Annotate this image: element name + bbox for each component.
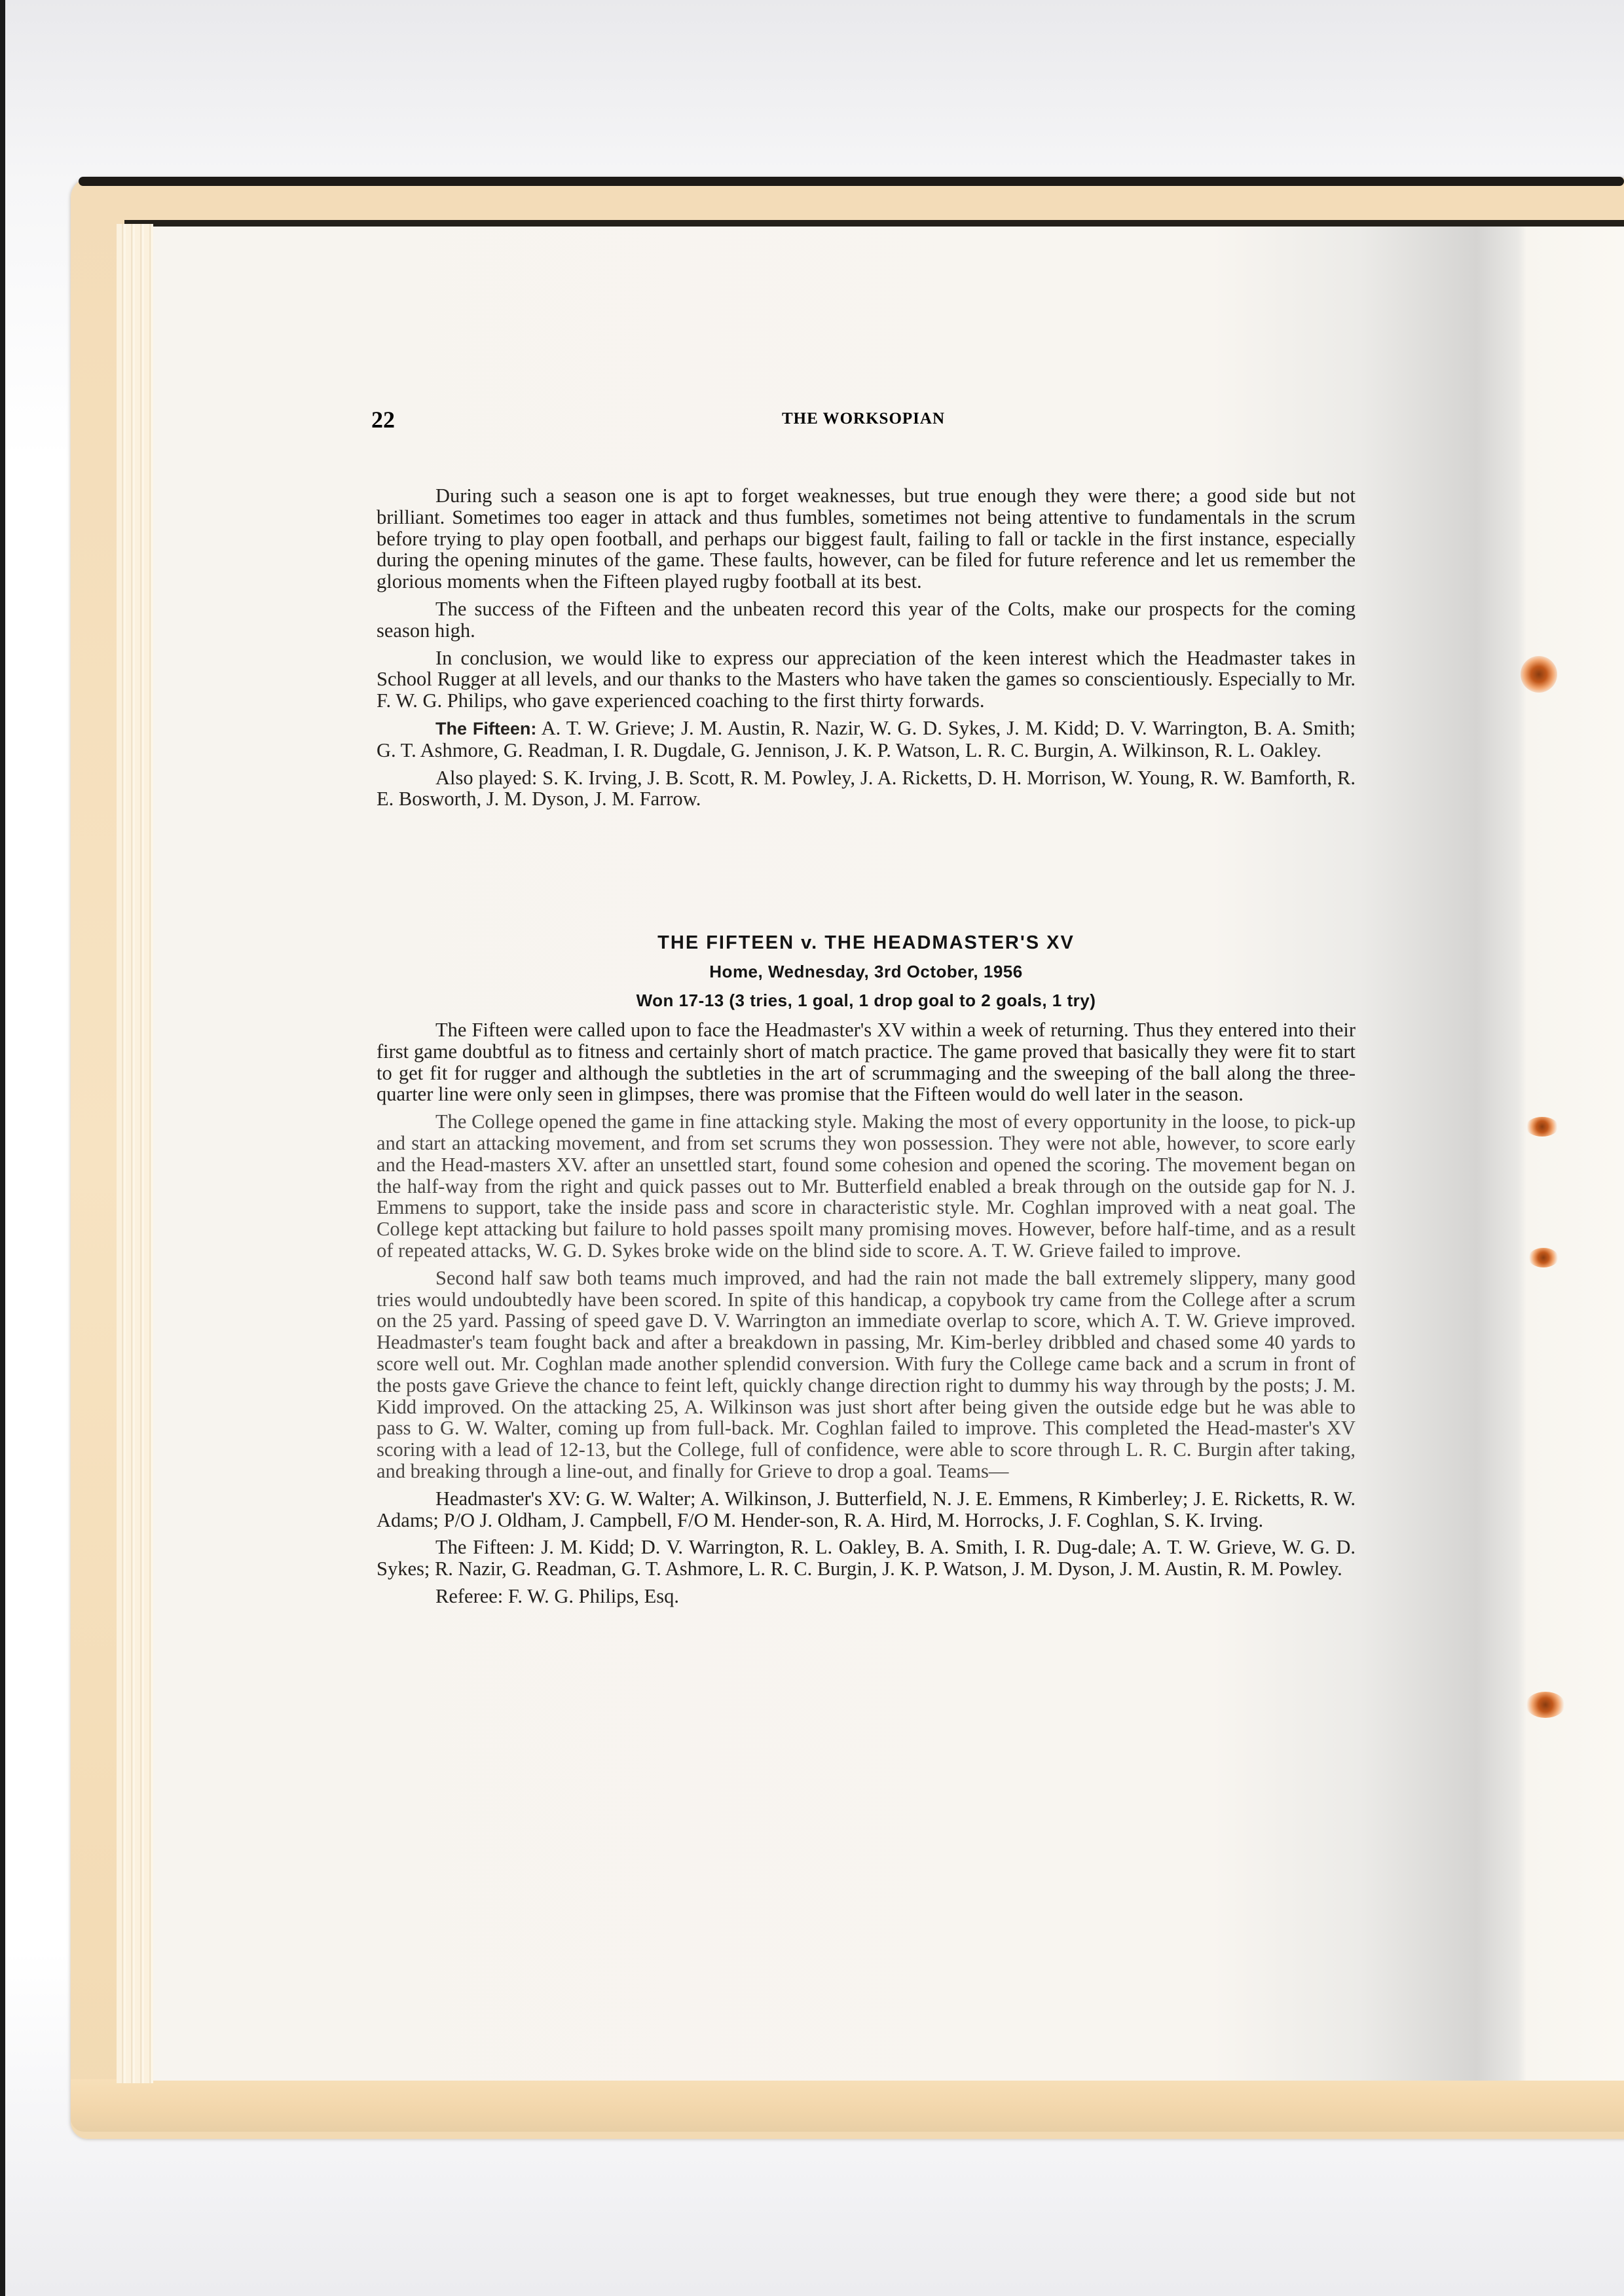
also-played: Also played: S. K. Irving, J. B. Scott, … <box>377 767 1356 811</box>
paragraph: In conclusion, we would like to express … <box>377 647 1356 712</box>
paragraph: Second half saw both teams much improved… <box>377 1267 1356 1482</box>
cover-bottom-edge <box>71 2079 1624 2132</box>
match-venue-date: Home, Wednesday, 3rd October, 1956 <box>377 962 1356 982</box>
match-title: THE FIFTEEN v. THE HEADMASTER'S XV <box>377 932 1356 954</box>
paragraph: The Fifteen were called upon to face the… <box>377 1019 1356 1105</box>
fifteen-team: The Fifteen: J. M. Kidd; D. V. Warringto… <box>377 1537 1356 1580</box>
roster-label: The Fifteen: <box>435 719 536 738</box>
page-top-edge <box>124 220 1624 227</box>
scan-edge <box>0 0 5 2296</box>
match-report: The Fifteen were called upon to face the… <box>377 1019 1356 1607</box>
page-edges-stack <box>117 224 153 2083</box>
rust-stain <box>1521 656 1557 693</box>
paragraph: During such a season one is apt to forge… <box>377 485 1356 592</box>
rust-stain <box>1528 1248 1559 1267</box>
paragraph: The College opened the game in fine atta… <box>377 1111 1356 1262</box>
rust-stain <box>1526 1692 1565 1718</box>
journal-title: THE WORKSOPIAN <box>371 410 1356 428</box>
fifteen-roster: The Fifteen: A. T. W. Grieve; J. M. Aust… <box>377 718 1356 761</box>
paragraph: The success of the Fifteen and the unbea… <box>377 598 1356 642</box>
running-head: 22 THE WORKSOPIAN <box>371 406 1356 432</box>
match-result: Won 17-13 (3 tries, 1 goal, 1 drop goal … <box>377 991 1356 1011</box>
rust-stain <box>1526 1117 1559 1137</box>
referee: Referee: F. W. G. Philips, Esq. <box>377 1586 1356 1607</box>
cover-top-edge <box>79 177 1624 186</box>
season-review: During such a season one is apt to forge… <box>377 485 1356 810</box>
headmasters-xv-team: Headmaster's XV: G. W. Walter; A. Wilkin… <box>377 1488 1356 1531</box>
